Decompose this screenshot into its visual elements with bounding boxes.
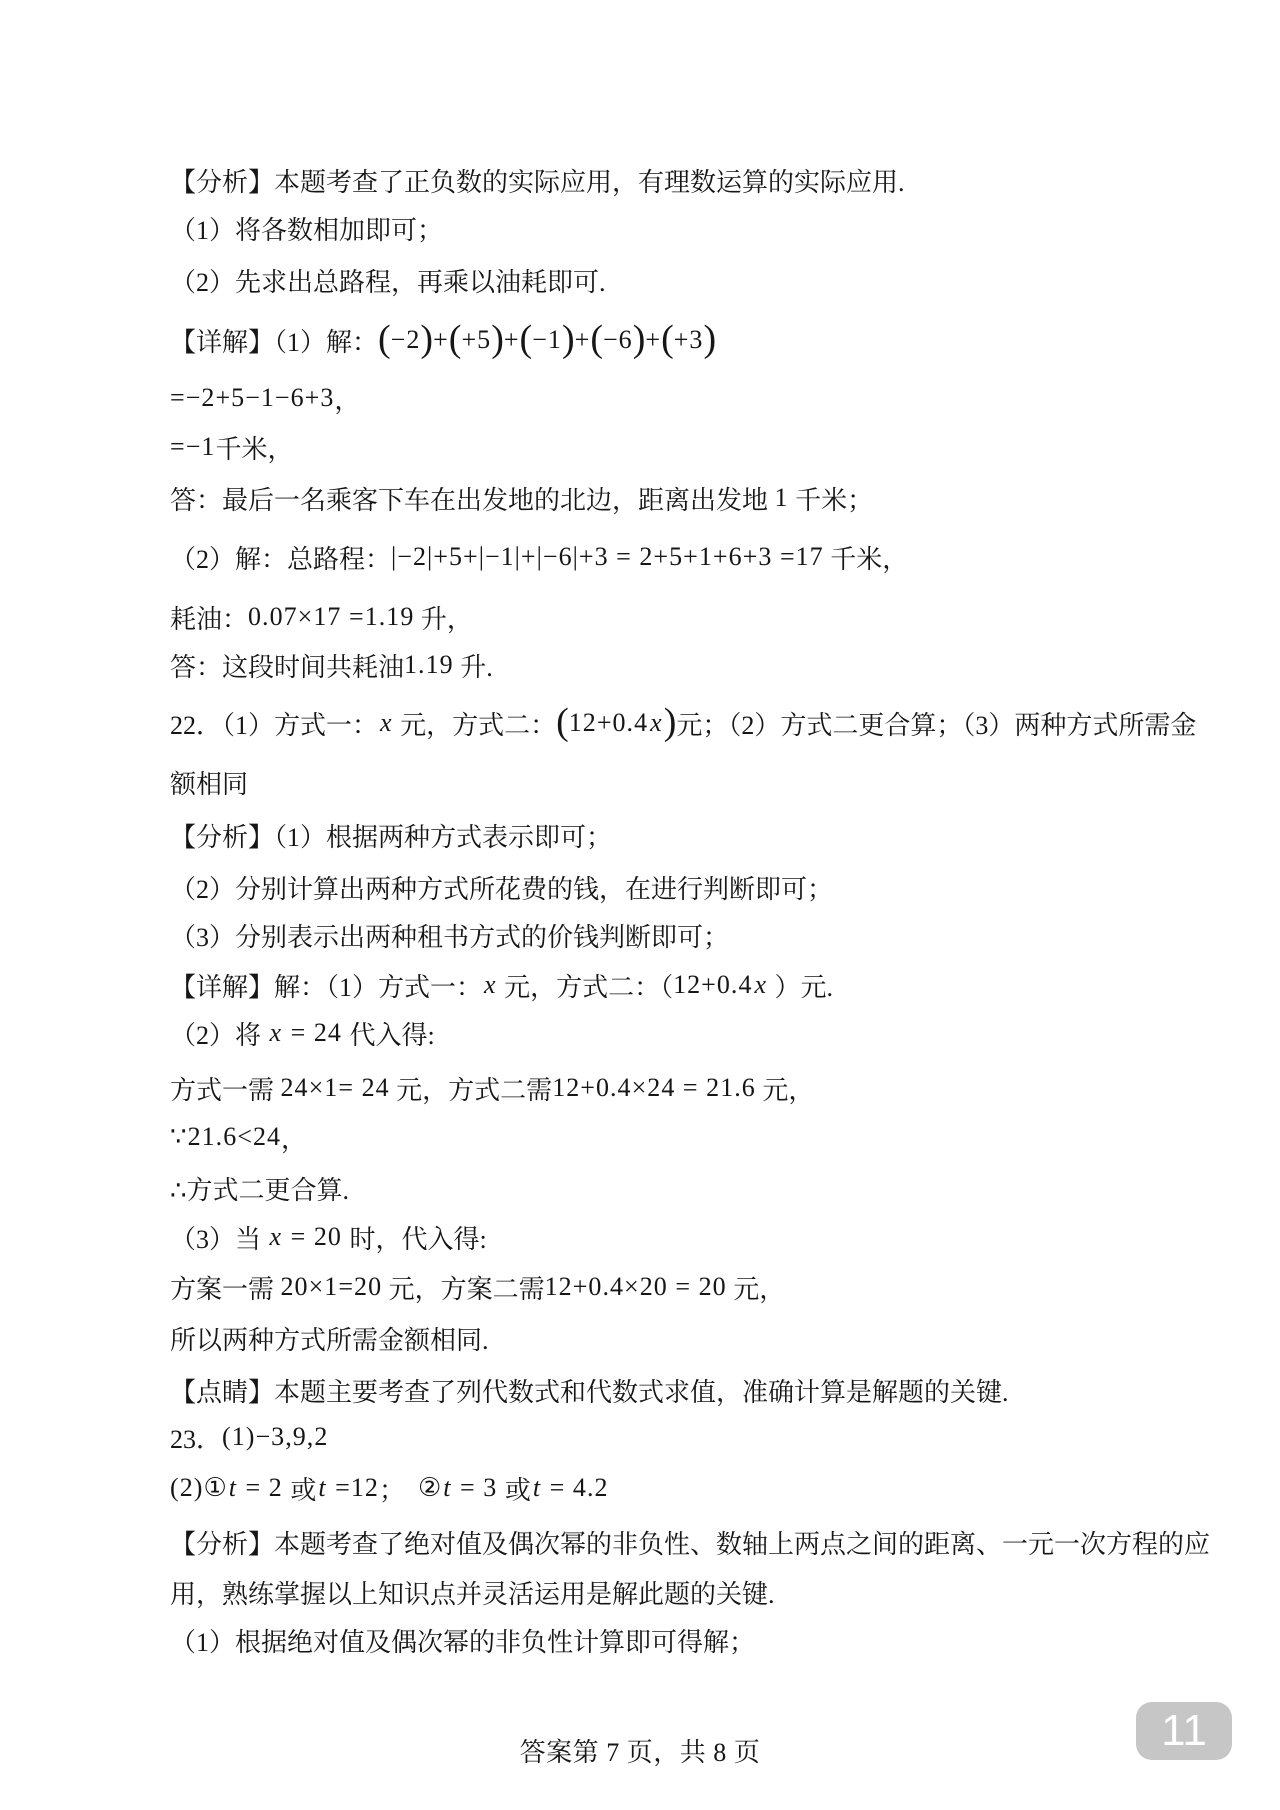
text-segment: （3）当 — [170, 1219, 268, 1256]
text-segment: 答：这段时间共耗油 — [170, 647, 404, 684]
math-variable: t — [531, 1473, 542, 1503]
text-segment: ( — [520, 320, 533, 358]
text-segment: ( — [378, 320, 391, 358]
text-segment: + — [645, 325, 661, 355]
text-segment: 1 — [775, 483, 789, 513]
text-segment: 元；（2）方式二更合算；（3）两种方式所需金 — [676, 705, 1196, 742]
text-segment: 23． — [170, 1419, 222, 1456]
doc-line: （2）分别计算出两种方式所花费的钱，在进行判断即可； — [170, 860, 833, 914]
doc-line: 【分析】本题考查了绝对值及偶次幂的非负性、数轴上两点之间的距离、一元一次方程的应 — [170, 1515, 1210, 1569]
text-segment: ( — [449, 320, 462, 358]
text-segment: 或 — [290, 1470, 316, 1507]
doc-line: 22．（1）方式一：x 元，方式二：(12+0.4x)元；（2）方式二更合算；（… — [170, 696, 1196, 750]
doc-line: 用，熟练掌握以上知识点并灵活运用是解此题的关键. — [170, 1565, 775, 1619]
doc-line: =−1千米， — [170, 420, 293, 474]
text-segment: 【分析】本题考查了绝对值及偶次幂的非负性、数轴上两点之间的距离、一元一次方程的应 — [170, 1524, 1210, 1561]
doc-line: 【分析】（1）根据两种方式表示即可； — [170, 808, 612, 862]
text-segment: + — [433, 325, 449, 355]
text-segment: (1)−3,9,2 — [222, 1422, 328, 1452]
text-segment: （1）将各数相加即可； — [170, 210, 443, 247]
text-segment: −1 — [532, 325, 562, 355]
text-segment: 耗油： — [170, 599, 248, 636]
text-segment: ) — [491, 320, 504, 358]
math-variable: x — [648, 708, 664, 738]
doc-line: =−2+5−1−6+3， — [170, 371, 360, 425]
doc-line: 耗油：0.07×17 =1.19 升， — [170, 590, 473, 644]
doc-line: 额相同 — [170, 755, 248, 809]
text-segment: （2）将 — [170, 1015, 268, 1052]
text-segment: （3）分别表示出两种租书方式的价钱判断即可； — [170, 917, 729, 954]
doc-line: （2）将 x = 24 代入得: — [170, 1006, 435, 1060]
text-segment: =12 — [328, 1473, 379, 1503]
doc-line: 答：最后一名乘客下车在出发地的北边，距离出发地 1 千米； — [170, 471, 873, 525]
text-segment: 【详解】（1）解： — [170, 322, 378, 359]
text-segment: ∴方式二更合算. — [170, 1170, 349, 1207]
text-segment: + — [504, 325, 520, 355]
text-segment: 元，方式二需 — [390, 1070, 553, 1107]
text-segment: 千米； — [789, 480, 874, 517]
text-segment: ( — [590, 320, 603, 358]
text-segment: 元， — [727, 1269, 786, 1306]
math-variable: x — [268, 1222, 284, 1252]
text-segment: ② — [418, 1473, 441, 1503]
text-segment: 或 — [505, 1470, 531, 1507]
document-page: { "page": { "background": "#ffffff", "te… — [0, 0, 1280, 1810]
text-segment: 千米， — [824, 539, 909, 576]
text-segment: （2）解：总路程： — [170, 539, 391, 576]
math-variable: t — [441, 1473, 452, 1503]
doc-line: 23．(1)−3,9,2 — [170, 1410, 328, 1464]
math-variable: t — [227, 1473, 238, 1503]
text-segment: 时，代入得: — [349, 1219, 486, 1256]
text-segment: ( — [556, 703, 569, 741]
text-segment: ) — [420, 320, 433, 358]
doc-line: 答：这段时间共耗油1.19 升. — [170, 638, 493, 692]
text-segment: ) — [703, 320, 716, 358]
text-segment: 12+0.4 — [569, 708, 648, 738]
text-segment: 额相同 — [170, 764, 248, 801]
text-segment: 【分析】（1）根据两种方式表示即可； — [170, 817, 612, 854]
text-segment: 用，熟练掌握以上知识点并灵活运用是解此题的关键. — [170, 1574, 775, 1611]
doc-line: (2)①t = 2 或t =12； ②t = 3 或t = 4.2 — [170, 1461, 609, 1515]
doc-line: （3）分别表示出两种租书方式的价钱判断即可； — [170, 908, 729, 962]
text-segment: = 20 — [283, 1222, 349, 1252]
text-segment: 元，方案二需 — [382, 1269, 545, 1306]
text-segment: 方式一需 — [170, 1070, 281, 1107]
text-segment: 元，方式二： — [394, 705, 557, 742]
doc-line: （1）将各数相加即可； — [170, 201, 443, 255]
doc-line: ∵21.6<24， — [170, 1110, 307, 1164]
document-body: 【分析】本题考查了正负数的实际应用，有理数运算的实际应用.（1）将各数相加即可；… — [0, 0, 1280, 1810]
doc-line: ∴方式二更合算. — [170, 1161, 349, 1215]
text-segment: （2）先求出总路程，再乘以油耗即可. — [170, 262, 606, 299]
math-variable: x — [378, 708, 394, 738]
text-segment: 元，方式二：（ — [498, 967, 674, 1004]
doc-line: （3）当 x = 20 时，代入得: — [170, 1210, 487, 1264]
text-segment: −2 — [391, 325, 421, 355]
doc-line: 【详解】解：（1）方式一：x 元，方式二：（12+0.4x ）元. — [170, 958, 833, 1012]
doc-line: 【点睛】本题主要考查了列代数式和代数式求值，准确计算是解题的关键. — [170, 1363, 1009, 1417]
text-segment: =−2+5−1−6+3 — [170, 383, 334, 413]
page-number-badge: 11 — [1136, 1702, 1232, 1760]
doc-line: 所以两种方式所需金额相同. — [170, 1311, 489, 1365]
text-segment: ； — [379, 1470, 418, 1507]
text-segment: =−1 — [170, 432, 215, 462]
text-segment: 所以两种方式所需金额相同. — [170, 1320, 489, 1357]
text-segment: 升， — [414, 599, 473, 636]
math-variable: x — [268, 1018, 284, 1048]
doc-line: 【详解】（1）解：(−2)+(+5)+(−1)+(−6)+(+3) — [170, 313, 716, 367]
text-segment: ① — [203, 1473, 226, 1503]
text-segment: 【点睛】本题主要考查了列代数式和代数式求值，准确计算是解题的关键. — [170, 1372, 1009, 1409]
text-segment: = 2 — [238, 1473, 290, 1503]
text-segment: + — [575, 325, 591, 355]
text-segment: （1）根据绝对值及偶次幂的非负性计算即可得解； — [170, 1622, 755, 1659]
math-variable: t — [316, 1473, 327, 1503]
text-segment: 元， — [756, 1070, 815, 1107]
text-segment: ) — [664, 703, 677, 741]
text-segment: 12+0.4×24 = 21.6 — [552, 1073, 756, 1103]
text-segment: 12+0.4 — [673, 970, 752, 1000]
text-segment: 升. — [454, 647, 493, 684]
text-segment: ) — [562, 320, 575, 358]
text-segment: = 4.2 — [542, 1473, 608, 1503]
text-segment: = 3 — [453, 1473, 505, 1503]
text-segment: ）元. — [768, 967, 833, 1004]
text-segment: 千米， — [215, 429, 293, 466]
text-segment: = 24 — [283, 1018, 349, 1048]
text-segment: （2）分别计算出两种方式所花费的钱，在进行判断即可； — [170, 869, 833, 906]
text-segment: 答：最后一名乘客下车在出发地的北边，距离出发地 — [170, 480, 775, 517]
text-segment: −6 — [603, 325, 633, 355]
text-segment: 20×1=20 — [281, 1272, 383, 1302]
text-segment: |−2|+5+|−1|+|−6|+3 = 2+5+1+6+3 =17 — [391, 542, 824, 572]
text-segment: 1.19 — [404, 650, 454, 680]
text-segment: +3 — [674, 325, 704, 355]
text-segment: 代入得: — [349, 1015, 434, 1052]
text-segment: ， — [281, 1119, 307, 1156]
text-segment: (2) — [170, 1473, 203, 1503]
text-segment: ∵21.6<24 — [170, 1122, 281, 1152]
math-variable: x — [482, 970, 498, 1000]
doc-line: （2）解：总路程：|−2|+5+|−1|+|−6|+3 = 2+5+1+6+3 … — [170, 530, 908, 584]
doc-line: （2）先求出总路程，再乘以油耗即可. — [170, 253, 606, 307]
doc-line: 方案一需 20×1=20 元，方案二需12+0.4×20 = 20 元， — [170, 1260, 785, 1314]
text-segment: +5 — [461, 325, 491, 355]
page-footer: 答案第 7 页，共 8 页 — [0, 1732, 1280, 1769]
text-segment: ( — [661, 320, 674, 358]
text-segment: 0.07×17 =1.19 — [248, 602, 414, 632]
doc-line: （1）根据绝对值及偶次幂的非负性计算即可得解； — [170, 1613, 755, 1667]
text-segment: 方案一需 — [170, 1269, 281, 1306]
text-segment: 24×1= 24 — [281, 1073, 390, 1103]
doc-line: 方式一需 24×1= 24 元，方式二需12+0.4×24 = 21.6 元， — [170, 1061, 814, 1115]
text-segment: 22．（1）方式一： — [170, 705, 378, 742]
text-segment: ， — [334, 380, 360, 417]
doc-line: 【分析】本题考查了正负数的实际应用，有理数运算的实际应用. — [170, 153, 905, 207]
text-segment: 12+0.4×20 = 20 — [545, 1272, 727, 1302]
text-segment: 【分析】本题考查了正负数的实际应用，有理数运算的实际应用. — [170, 162, 905, 199]
text-segment: 【详解】解：（1）方式一： — [170, 967, 482, 1004]
text-segment: ) — [633, 320, 646, 358]
math-variable: x — [752, 970, 768, 1000]
